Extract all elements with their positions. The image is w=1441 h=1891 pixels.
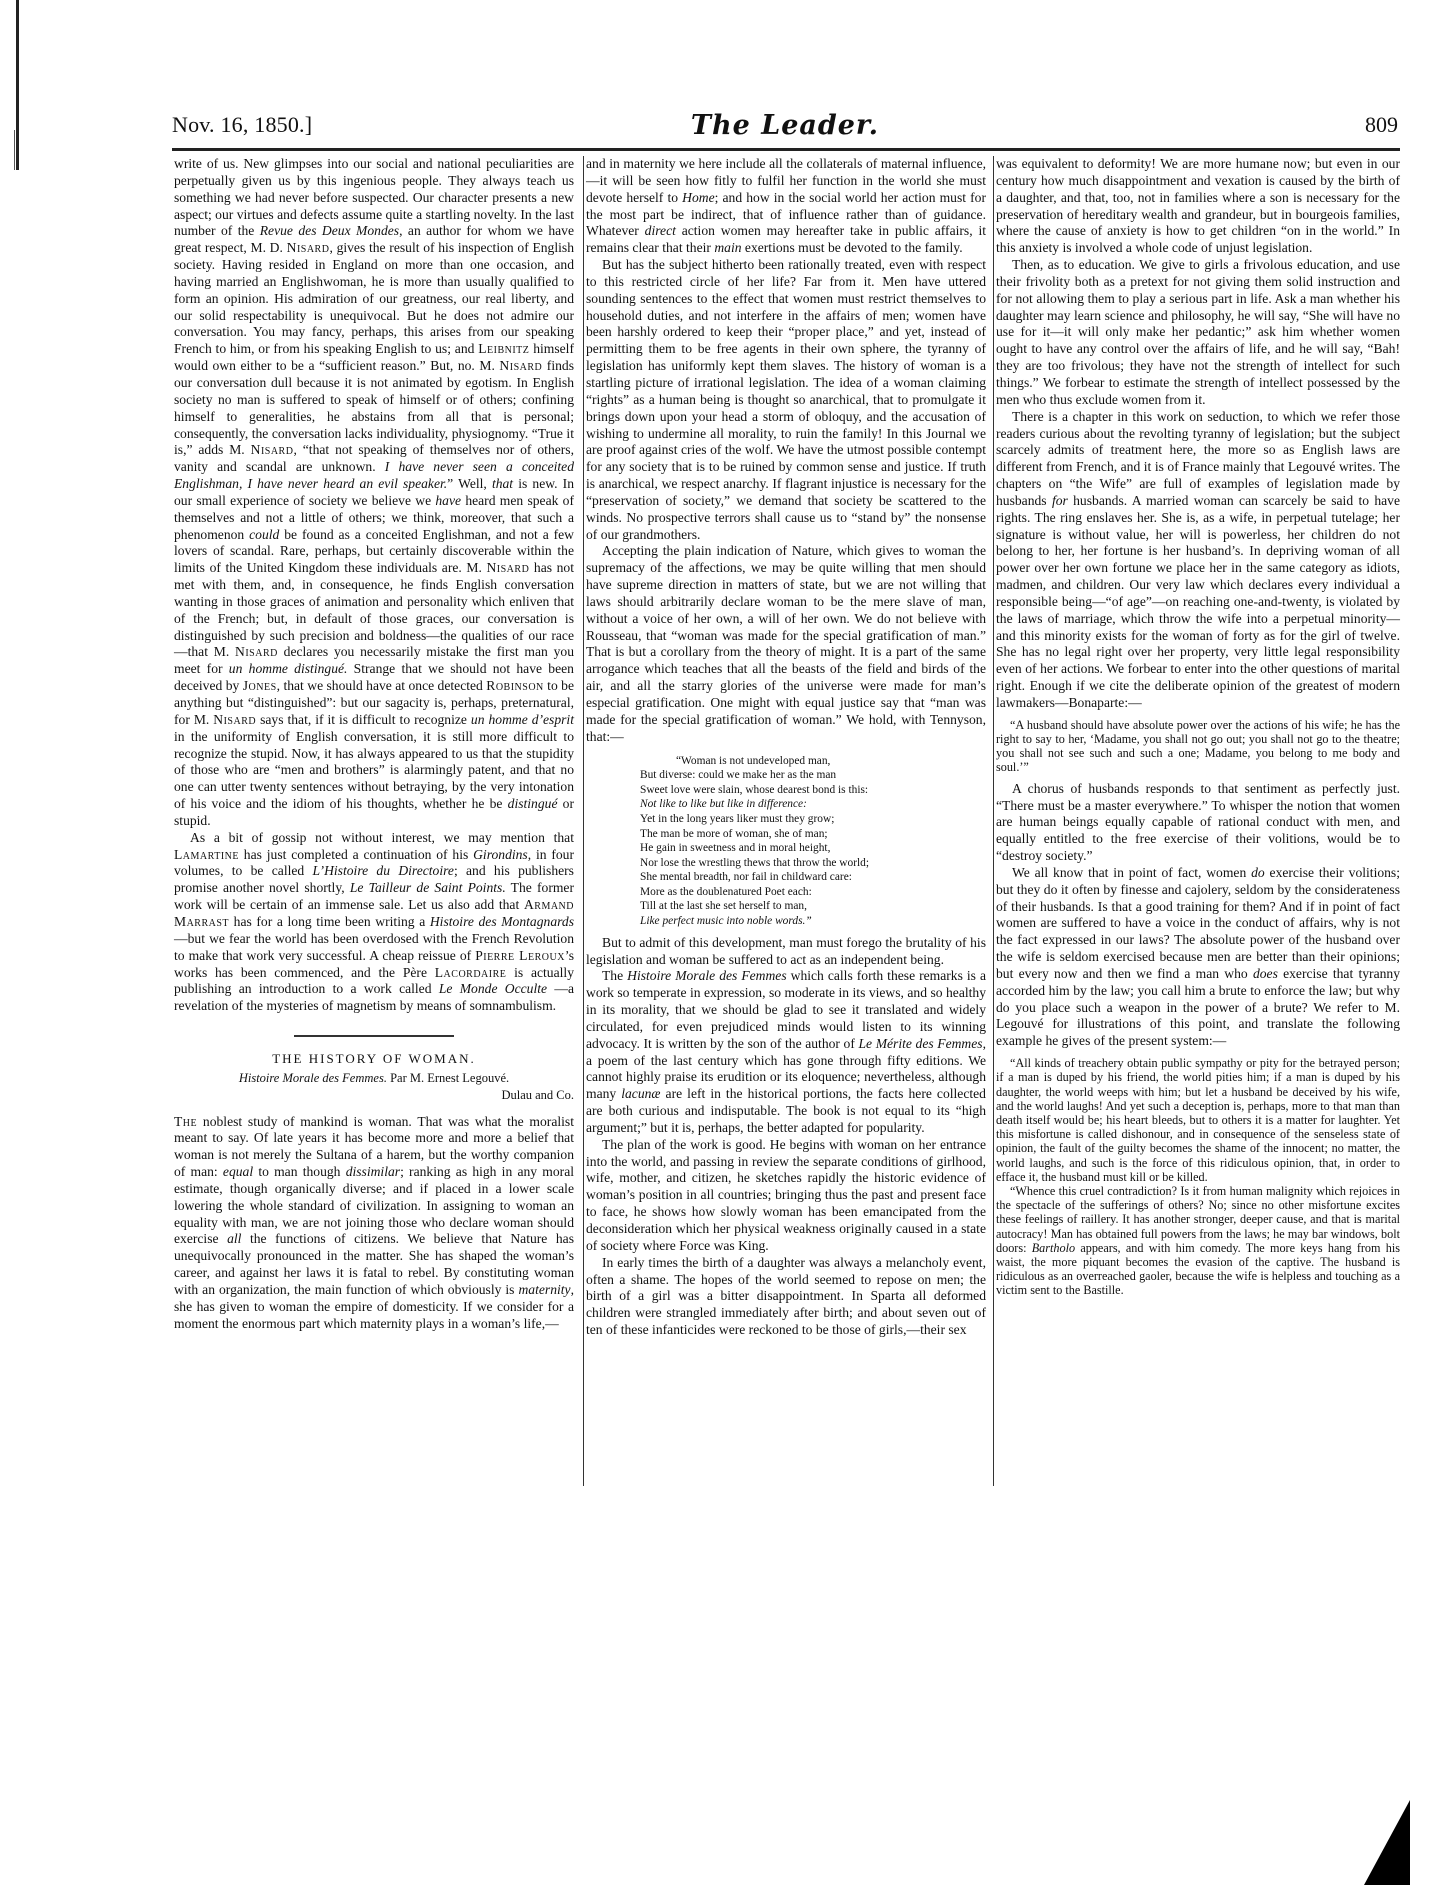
paragraph: The Histoire Morale des Femmes which cal…	[586, 968, 986, 1136]
poem-line: “Woman is not undeveloped man,	[640, 754, 986, 769]
poem-line: Yet in the long years liker must they gr…	[640, 812, 986, 827]
poem-line: Like perfect music into noble words.”	[640, 914, 986, 929]
masthead-rule	[172, 148, 1400, 151]
section-divider	[294, 1035, 454, 1037]
poem-line: More as the doublenatured Poet each:	[640, 885, 986, 900]
poem-line: He gain in sweetness and in moral height…	[640, 841, 986, 856]
poem-line: But diverse: could we make her as the ma…	[640, 768, 986, 783]
page-edge-mark	[14, 130, 15, 170]
tennyson-poem: “Woman is not undeveloped man,But divers…	[640, 754, 986, 929]
block-quote: “All kinds of treachery obtain public sy…	[996, 1056, 1400, 1297]
paragraph: As a bit of gossip not without interest,…	[174, 830, 574, 1015]
poem-line: Nor lose the wrestling thews that throw …	[640, 856, 986, 871]
paragraph: Accepting the plain indication of Nature…	[586, 543, 986, 745]
paragraph: But to admit of this development, man mu…	[586, 935, 986, 969]
poem-line: The man be more of woman, she of man;	[640, 827, 986, 842]
review-subtitle: Histoire Morale des Femmes. Par M. Ernes…	[174, 1070, 574, 1087]
page-edge-mark	[16, 0, 19, 170]
paragraph: But has the subject hitherto been ration…	[586, 257, 986, 543]
page-number: 809	[1365, 112, 1398, 138]
paragraph: There is a chapter in this work on seduc…	[996, 409, 1400, 712]
poem-line: Sweet love were slain, whose dearest bon…	[640, 783, 986, 798]
publisher: Dulau and Co.	[174, 1087, 574, 1104]
newspaper-title: The Leader.	[172, 110, 1398, 141]
column-divider	[583, 156, 584, 1486]
page-corner-mark	[1364, 1800, 1410, 1885]
poem-line: Not like to like but like in difference:	[640, 797, 986, 812]
column-1: write of us. New glimpses into our socia…	[174, 156, 574, 1333]
paragraph: In early times the birth of a daughter w…	[586, 1255, 986, 1339]
column-divider	[993, 156, 994, 1486]
paragraph: was equivalent to deformity! We are more…	[996, 156, 1400, 257]
column-3: was equivalent to deformity! We are more…	[996, 156, 1400, 1304]
poem-line: Till at the last she set herself to man,	[640, 899, 986, 914]
masthead: Nov. 16, 1850.] The Leader. 809	[172, 110, 1398, 150]
paragraph: Then, as to education. We give to girls …	[996, 257, 1400, 409]
section-heading: THE HISTORY OF WOMAN.	[174, 1051, 574, 1068]
paragraph: and in maternity we here include all the…	[586, 156, 986, 257]
paragraph: The noblest study of mankind is woman. T…	[174, 1114, 574, 1333]
paragraph: A chorus of husbands responds to that se…	[996, 781, 1400, 865]
block-quote: “A husband should have absolute power ov…	[996, 718, 1400, 775]
paragraph: The plan of the work is good. He begins …	[586, 1137, 986, 1255]
paragraph: write of us. New glimpses into our socia…	[174, 156, 574, 830]
paragraph: We all know that in point of fact, women…	[996, 865, 1400, 1050]
poem-line: She mental breadth, nor fail in childwar…	[640, 870, 986, 885]
column-2: and in maternity we here include all the…	[586, 156, 986, 1339]
